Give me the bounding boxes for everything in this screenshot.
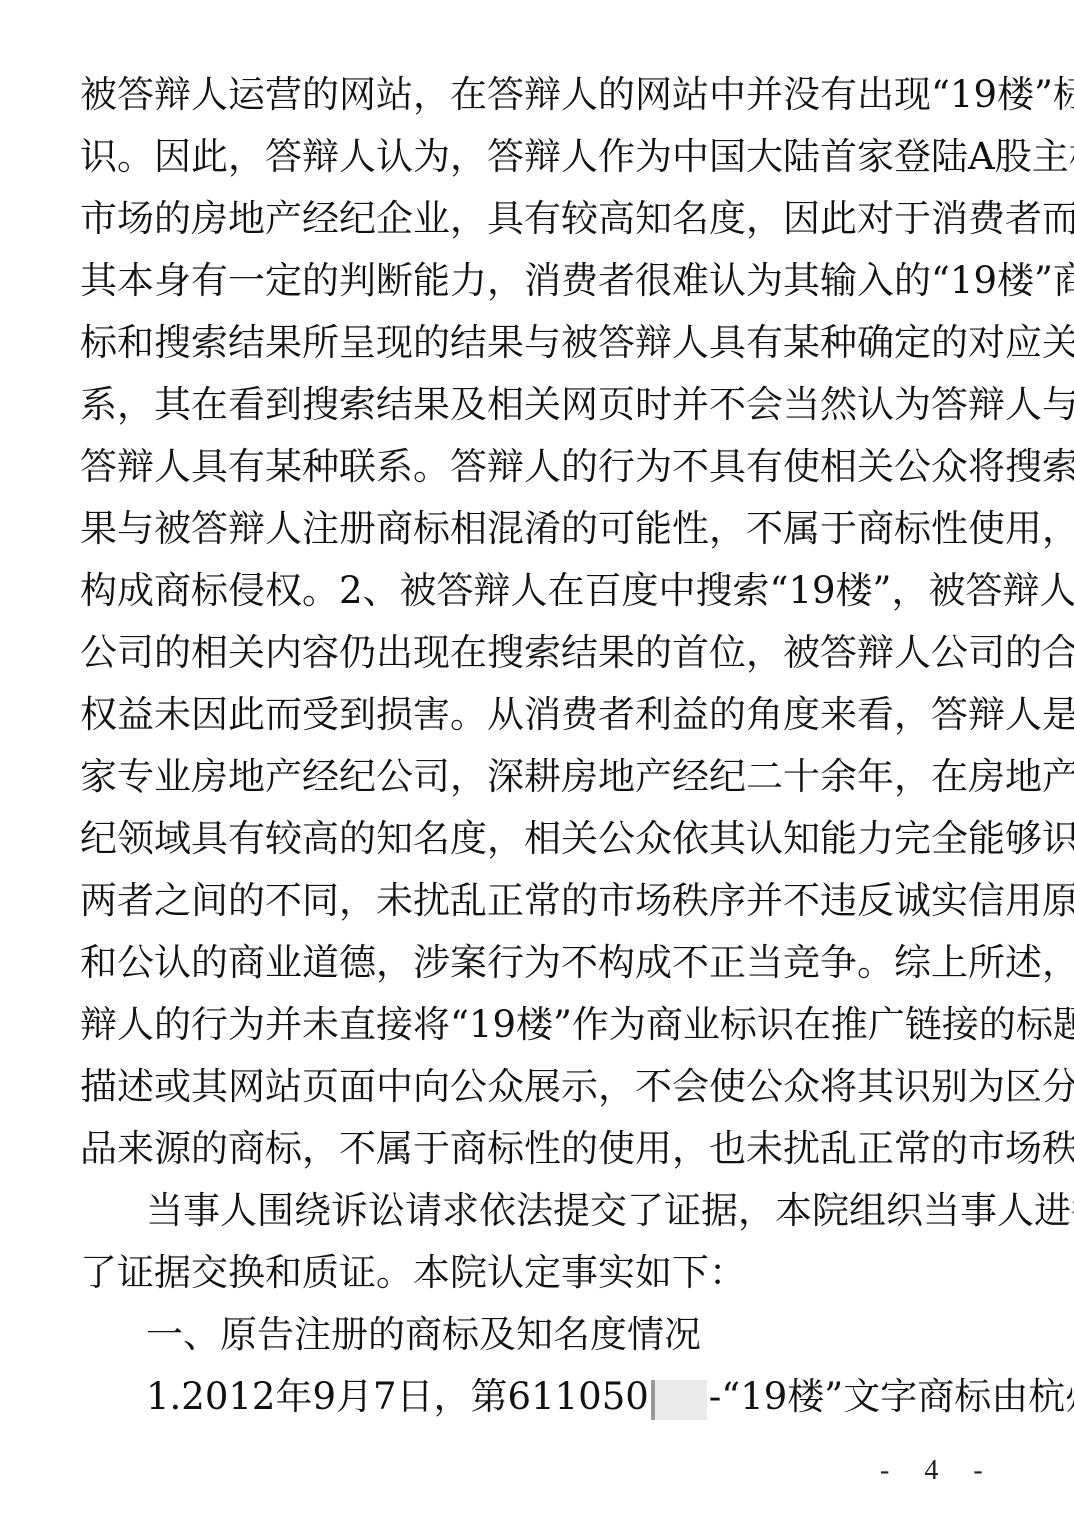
body-line: 品来源的商标，不属于商标性的使用，也未扰乱正常的市场秩序。	[80, 1126, 1000, 1172]
page-number: - 4 -	[880, 1455, 997, 1487]
body-line: 家专业房地产经纪公司，深耕房地产经纪二十余年，在房地产经	[80, 754, 1000, 800]
body-line: 纪领域具有较高的知名度，相关公众依其认知能力完全能够识别	[80, 816, 1000, 862]
document-page: 被答辩人运营的网站，在答辩人的网站中并没有出现“19楼”标 识。因此，答辩人认为…	[0, 0, 1074, 1520]
item-prefix: 1.2012年9月7日，第611050	[146, 1375, 649, 1418]
body-line: 辩人的行为并未直接将“19楼”作为商业标识在推广链接的标题、	[80, 1002, 1000, 1048]
body-line: 构成商标侵权。2、被答辩人在百度中搜索“19楼”，被答辩人	[80, 568, 1000, 614]
body-line: 答辩人具有某种联系。答辩人的行为不具有使相关公众将搜索结	[80, 444, 1000, 490]
body-line: 其本身有一定的判断能力，消费者很难认为其输入的“19楼”商	[80, 258, 1000, 304]
paragraph-line: 当事人围绕诉讼请求依法提交了证据，本院组织当事人进行	[146, 1188, 1000, 1234]
body-line: 市场的房地产经纪企业，具有较高知名度，因此对于消费者而言，	[80, 196, 1000, 242]
body-line: 果与被答辩人注册商标相混淆的可能性，不属于商标性使用，不	[80, 506, 1000, 552]
body-line: 两者之间的不同，未扰乱正常的市场秩序并不违反诚实信用原则	[80, 878, 1000, 924]
paragraph-line: 了证据交换和质证。本院认定事实如下：	[80, 1250, 1000, 1296]
body-line: 和公认的商业道德，涉案行为不构成不正当竞争。综上所述，答	[80, 940, 1000, 986]
body-line: 识。因此，答辩人认为，答辩人作为中国大陆首家登陆A股主板	[80, 134, 1000, 180]
body-line: 系，其在看到搜索结果及相关网页时并不会当然认为答辩人与被	[80, 382, 1000, 428]
redaction-block	[651, 1380, 707, 1420]
item-line: 1.2012年9月7日，第611050-“19楼”文字商标由杭州	[146, 1374, 1000, 1420]
body-line: 标和搜索结果所呈现的结果与被答辩人具有某种确定的对应关	[80, 320, 1000, 366]
item-suffix: -“19楼”文字商标由杭州	[709, 1375, 1074, 1418]
body-line: 被答辩人运营的网站，在答辩人的网站中并没有出现“19楼”标	[80, 72, 1000, 118]
body-line: 公司的相关内容仍出现在搜索结果的首位，被答辩人公司的合法	[80, 630, 1000, 676]
body-line: 权益未因此而受到损害。从消费者利益的角度来看，答辩人是一	[80, 692, 1000, 738]
section-heading: 一、原告注册的商标及知名度情况	[146, 1312, 1000, 1358]
body-line: 描述或其网站页面中向公众展示，不会使公众将其识别为区分商	[80, 1064, 1000, 1110]
